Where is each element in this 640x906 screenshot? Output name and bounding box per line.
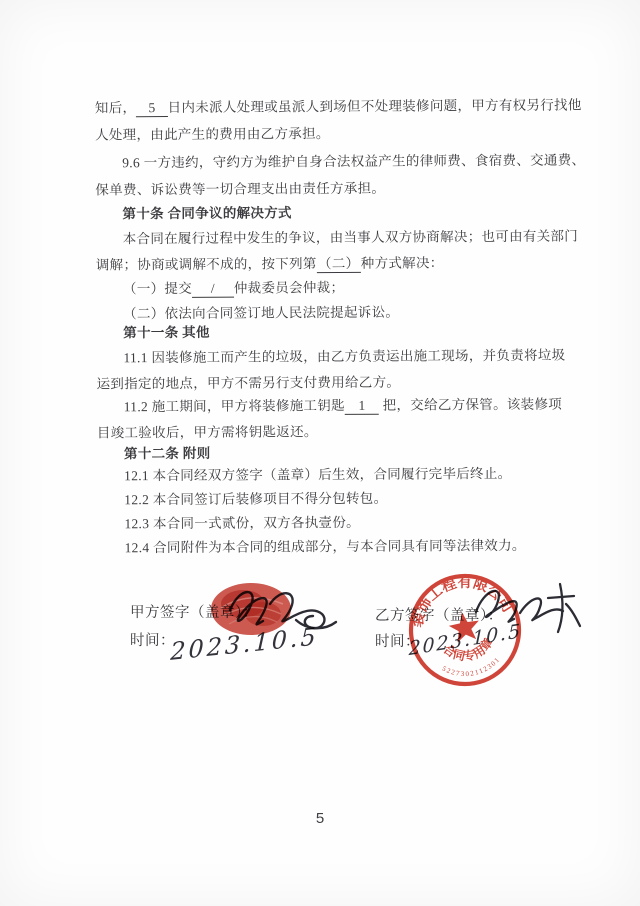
text-run: （二）依法向合同签订地人民法院提起诉讼。 bbox=[123, 305, 399, 322]
text-run: 本合同在履行过程中发生的争议，由当事人双方协商解决；也可由有关部门 bbox=[123, 228, 578, 246]
contract-line: 11.1 因装修施工而产生的垃圾，由乙方负责运出施工现场，并负责将垃圾 bbox=[96, 346, 565, 369]
text-run: 保单费、诉讼费等一切合理支出由责任方承担。 bbox=[95, 181, 385, 198]
text-run: 第十条 合同争议的解决方式 bbox=[122, 205, 291, 221]
svg-text:装饰工程有限公司: 装饰工程有限公司 bbox=[401, 564, 518, 632]
text-run: 9.6 一方违约，守约方为维护自身合法权益产生的律师费、食宿费、交通费、 bbox=[122, 152, 585, 170]
contract-line: 11.2 施工期间，甲方将装修施工钥匙1 把，交给乙方保管。该装修项 bbox=[97, 395, 562, 418]
contract-line: 第十二条 附则 bbox=[97, 444, 211, 465]
contract-line: 9.6 一方违约，守约方为维护自身合法权益产生的律师费、食宿费、交通费、 bbox=[95, 150, 585, 173]
contract-line: （一）提交/仲裁委员会仲裁； bbox=[96, 278, 344, 300]
company-contract-seal: 装饰工程有限公司 合同专用章 5227302112301 bbox=[390, 555, 540, 705]
contract-line: 12.1 本合同经双方签字（盖章）后生效，合同履行完毕后终止。 bbox=[97, 464, 511, 487]
text-run: 12.4 合同附件为本合同的组成部分，与本合同具有同等法律效力。 bbox=[125, 538, 526, 555]
filled-blank: / bbox=[192, 280, 234, 298]
text-run: 12.2 本合同签订后装修项目不得分包转包。 bbox=[124, 491, 387, 508]
text-run: 仲裁委员会仲裁； bbox=[234, 280, 344, 296]
contract-line: 12.2 本合同签订后装修项目不得分包转包。 bbox=[97, 489, 387, 511]
text-run: 种方式解决： bbox=[361, 255, 444, 271]
contract-body: 知后，5日内未派人处理或虽派人到场但不处理装修问题，甲方有权另行找他人处理，由此… bbox=[94, 0, 570, 906]
contract-line: 知后，5日内未派人处理或虽派人到场但不处理装修问题，甲方有权另行找他 bbox=[95, 95, 582, 118]
text-run: 调解；协商或调解不成的，按下列第 bbox=[96, 256, 317, 272]
filled-blank: 1 bbox=[345, 397, 379, 415]
text-run: 把，交给乙方保管。该装修项 bbox=[379, 397, 562, 413]
text-run: 12.3 本合同一式贰份，双方各执壹份。 bbox=[124, 515, 360, 531]
text-run: 人处理，由此产生的费用由乙方承担。 bbox=[95, 126, 330, 142]
contract-line: 调解；协商或调解不成的，按下列第（二）种方式解决： bbox=[96, 253, 444, 275]
party-a-handwritten-signature bbox=[212, 578, 342, 648]
seal-company-text: 装饰工程有限公司 bbox=[401, 564, 518, 632]
party-a-time-label: 时间： bbox=[130, 629, 175, 650]
text-run: （一）提交 bbox=[123, 281, 192, 296]
page-number: 5 bbox=[0, 810, 640, 827]
scanned-contract-page: 知后，5日内未派人处理或虽派人到场但不处理装修问题，甲方有权另行找他人处理，由此… bbox=[0, 0, 640, 906]
contract-line: 保单费、诉讼费等一切合理支出由责任方承担。 bbox=[95, 179, 385, 201]
contract-line: 本合同在履行过程中发生的争议，由当事人双方协商解决；也可由有关部门 bbox=[96, 226, 579, 249]
text-run: 第十二条 附则 bbox=[124, 446, 211, 462]
text-run: 运到指定的地点，甲方不需另行支付费用给乙方。 bbox=[97, 375, 401, 392]
text-run: 目竣工验收后，甲方需将钥匙返还。 bbox=[97, 424, 318, 440]
text-run: 11.1 因装修施工而产生的垃圾，由乙方负责运出施工现场，并负责将垃圾 bbox=[123, 348, 565, 366]
filled-blank: 5 bbox=[136, 99, 167, 117]
contract-line: （二）依法向合同签订地人民法院提起诉讼。 bbox=[96, 303, 399, 325]
filled-blank: （二） bbox=[317, 255, 361, 273]
contract-line: 目竣工验收后，甲方需将钥匙返还。 bbox=[97, 422, 318, 443]
seal-star-icon bbox=[447, 610, 482, 644]
contract-line: 运到指定的地点，甲方不需另行支付费用给乙方。 bbox=[97, 373, 401, 395]
contract-line: 12.3 本合同一式贰份，双方各执壹份。 bbox=[97, 513, 360, 535]
contract-line: 第十一条 其他 bbox=[96, 323, 210, 344]
text-run: 日内未派人处理或虽派人到场但不处理装修问题，甲方有权另行找他 bbox=[168, 97, 582, 115]
text-run: 第十一条 其他 bbox=[123, 325, 210, 341]
contract-line: 第十条 合同争议的解决方式 bbox=[95, 203, 291, 224]
text-run: 11.2 施工期间，甲方将装修施工钥匙 bbox=[124, 398, 345, 414]
contract-line: 人处理，由此产生的费用由乙方承担。 bbox=[95, 124, 330, 145]
text-run: 知后， bbox=[95, 100, 136, 115]
text-run: 12.1 本合同经双方签字（盖章）后生效，合同履行完毕后终止。 bbox=[124, 466, 511, 483]
